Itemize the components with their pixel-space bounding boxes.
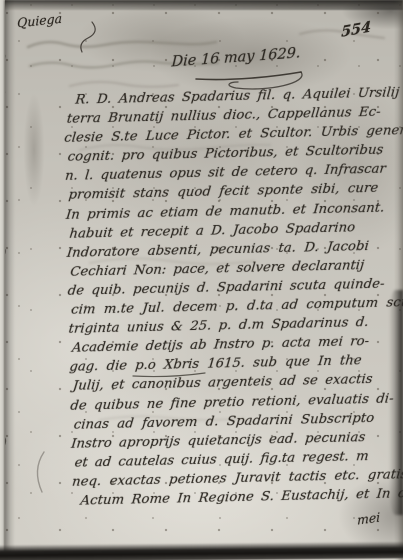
page-edge-bottom [0,541,403,560]
body-text: R. D. Andreas Spadarius fil. q. Aquilei … [62,83,403,511]
page-number: 554 [341,18,371,41]
date-heading: Die 16 may 1629. [156,44,316,71]
page-edge-top [0,0,403,10]
manuscript-page: Quiega 554 Die 16 may 1629. R. D. Andrea… [0,0,403,560]
catchword: mei [357,509,380,527]
page-edge-gutter-shadow [4,0,15,560]
page-edge-right-fold [389,290,403,515]
marginalia-note: Quiega [17,11,62,31]
